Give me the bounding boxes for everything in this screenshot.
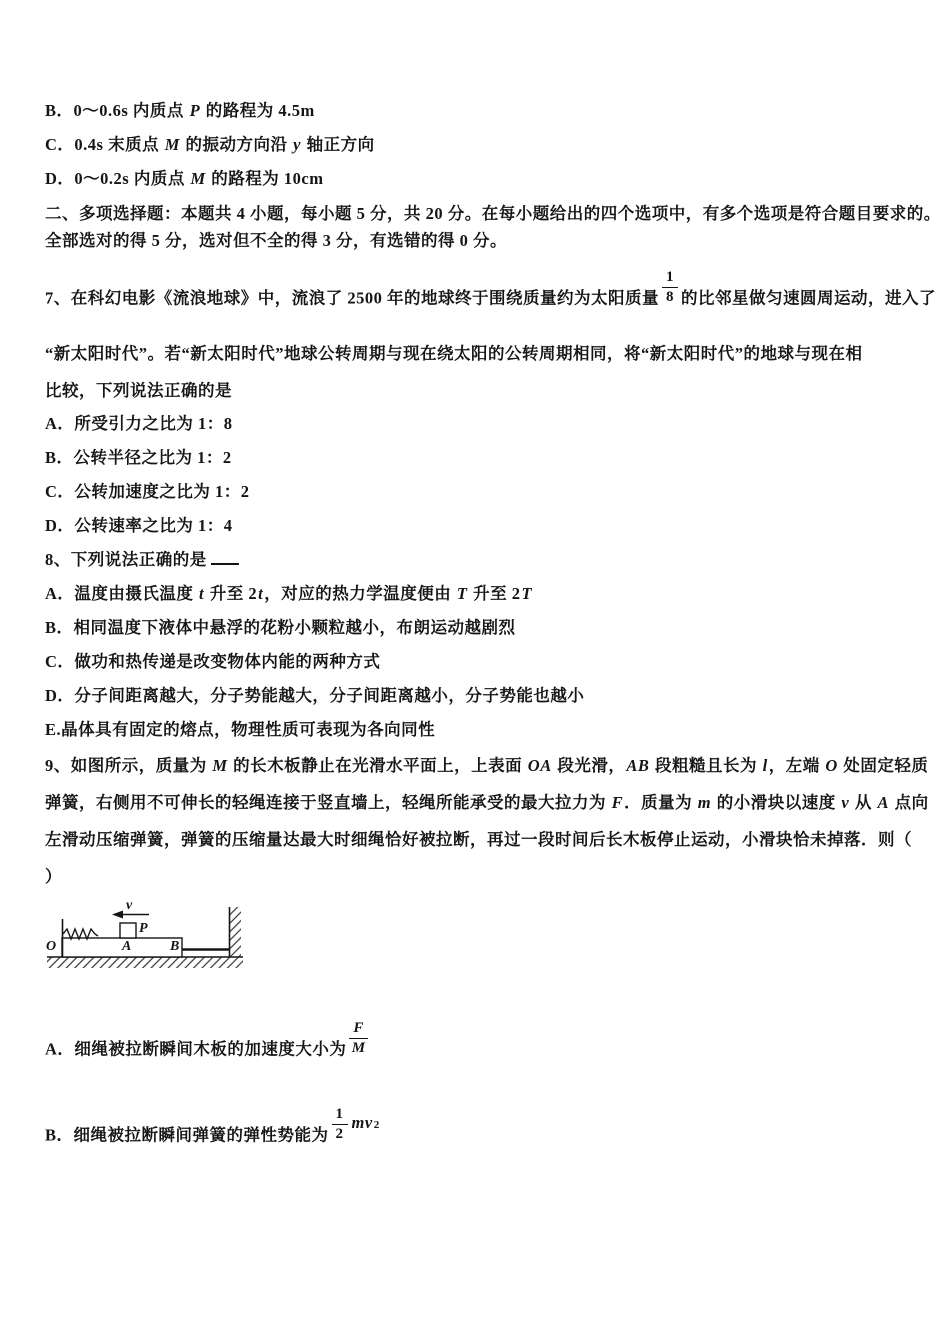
q8-stem: 8、下列说法正确的是 bbox=[45, 549, 239, 570]
figure-label-point-b: B bbox=[170, 940, 179, 954]
q7-stem-line3: 比较，下列说法正确的是 bbox=[45, 380, 232, 401]
q8-option-b: B．相同温度下液体中悬浮的花粉小颗粒越小，布朗运动越剧烈 bbox=[45, 617, 516, 638]
figure-drawing bbox=[45, 903, 250, 983]
q6-option-d: D．0～0.2s 内质点 M 的路程为 10cm bbox=[45, 168, 323, 189]
q9-option-b: B．细绳被拉断瞬间弹簧的弹性势能为12mv2 bbox=[45, 1118, 380, 1156]
block bbox=[120, 923, 136, 938]
q6-option-b: B．0～0.6s 内质点 P 的路程为 4.5m bbox=[45, 100, 315, 121]
figure-label-point-a: A bbox=[122, 940, 131, 954]
q7-option-d: D．公转速率之比为 1：4 bbox=[45, 515, 233, 536]
q9-option-a: A．细绳被拉断瞬间木板的加速度大小为FM bbox=[45, 1032, 371, 1070]
q8-option-e: E.晶体具有固定的熔点，物理性质可表现为各向同性 bbox=[45, 719, 435, 740]
q7-stem-line2: “新太阳时代”。若“新太阳时代”地球公转周期与现在绕太阳的公转周期相同，将“新太… bbox=[45, 343, 863, 364]
q7-option-c: C．公转加速度之比为 1：2 bbox=[45, 481, 250, 502]
ground-hatch bbox=[47, 957, 243, 968]
q6-option-c: C．0.4s 末质点 M 的振动方向沿 y 轴正方向 bbox=[45, 134, 375, 155]
q7-option-a: A．所受引力之比为 1：8 bbox=[45, 413, 233, 434]
section2-header-line2: 全部选对的得 5 分，选对但不全的得 3 分，有选错的得 0 分。 bbox=[45, 230, 507, 251]
figure-label-velocity: v bbox=[126, 899, 132, 913]
q9-stem-line4: ） bbox=[45, 866, 62, 887]
q8-option-a: A．温度由摄氏温度 t 升至 2t，对应的热力学温度便由 T 升至 2T bbox=[45, 583, 533, 604]
figure-label-block-p: P bbox=[139, 922, 148, 936]
q7-option-b: B．公转半径之比为 1：2 bbox=[45, 447, 232, 468]
q7-stem-line1: 7、在科幻电影《流浪地球》中，流浪了 2500 年的地球终于围绕质量约为太阳质量… bbox=[45, 281, 936, 319]
q8-option-c: C．做功和热传递是改变物体内能的两种方式 bbox=[45, 651, 380, 672]
q9-stem-line1: 9、如图所示，质量为 M 的长木板静止在光滑水平面上，上表面 OA 段光滑，AB… bbox=[45, 755, 928, 776]
q8-option-d: D．分子间距离越大，分子势能越大，分子间距离越小，分子势能也越小 bbox=[45, 685, 584, 706]
q9-stem-line3: 左滑动压缩弹簧，弹簧的压缩量达最大时细绳恰好被拉断，再过一段时间后长木板停止运动… bbox=[45, 829, 912, 850]
section2-header-line1: 二、多项选择题：本题共 4 小题，每小题 5 分，共 20 分。在每小题给出的四… bbox=[45, 203, 941, 224]
figure-label-origin-o: O bbox=[46, 940, 56, 954]
velocity-arrow-head bbox=[112, 911, 123, 919]
q9-stem-line2: 弹簧，右侧用不可伸长的轻绳连接于竖直墙上，轻绳所能承受的最大拉力为 F．质量为 … bbox=[45, 792, 929, 813]
exam-page: B．0～0.6s 内质点 P 的路程为 4.5m C．0.4s 末质点 M 的振… bbox=[0, 0, 950, 1344]
q9-figure: v P O A B bbox=[45, 903, 250, 983]
wall-hatch bbox=[229, 907, 241, 957]
